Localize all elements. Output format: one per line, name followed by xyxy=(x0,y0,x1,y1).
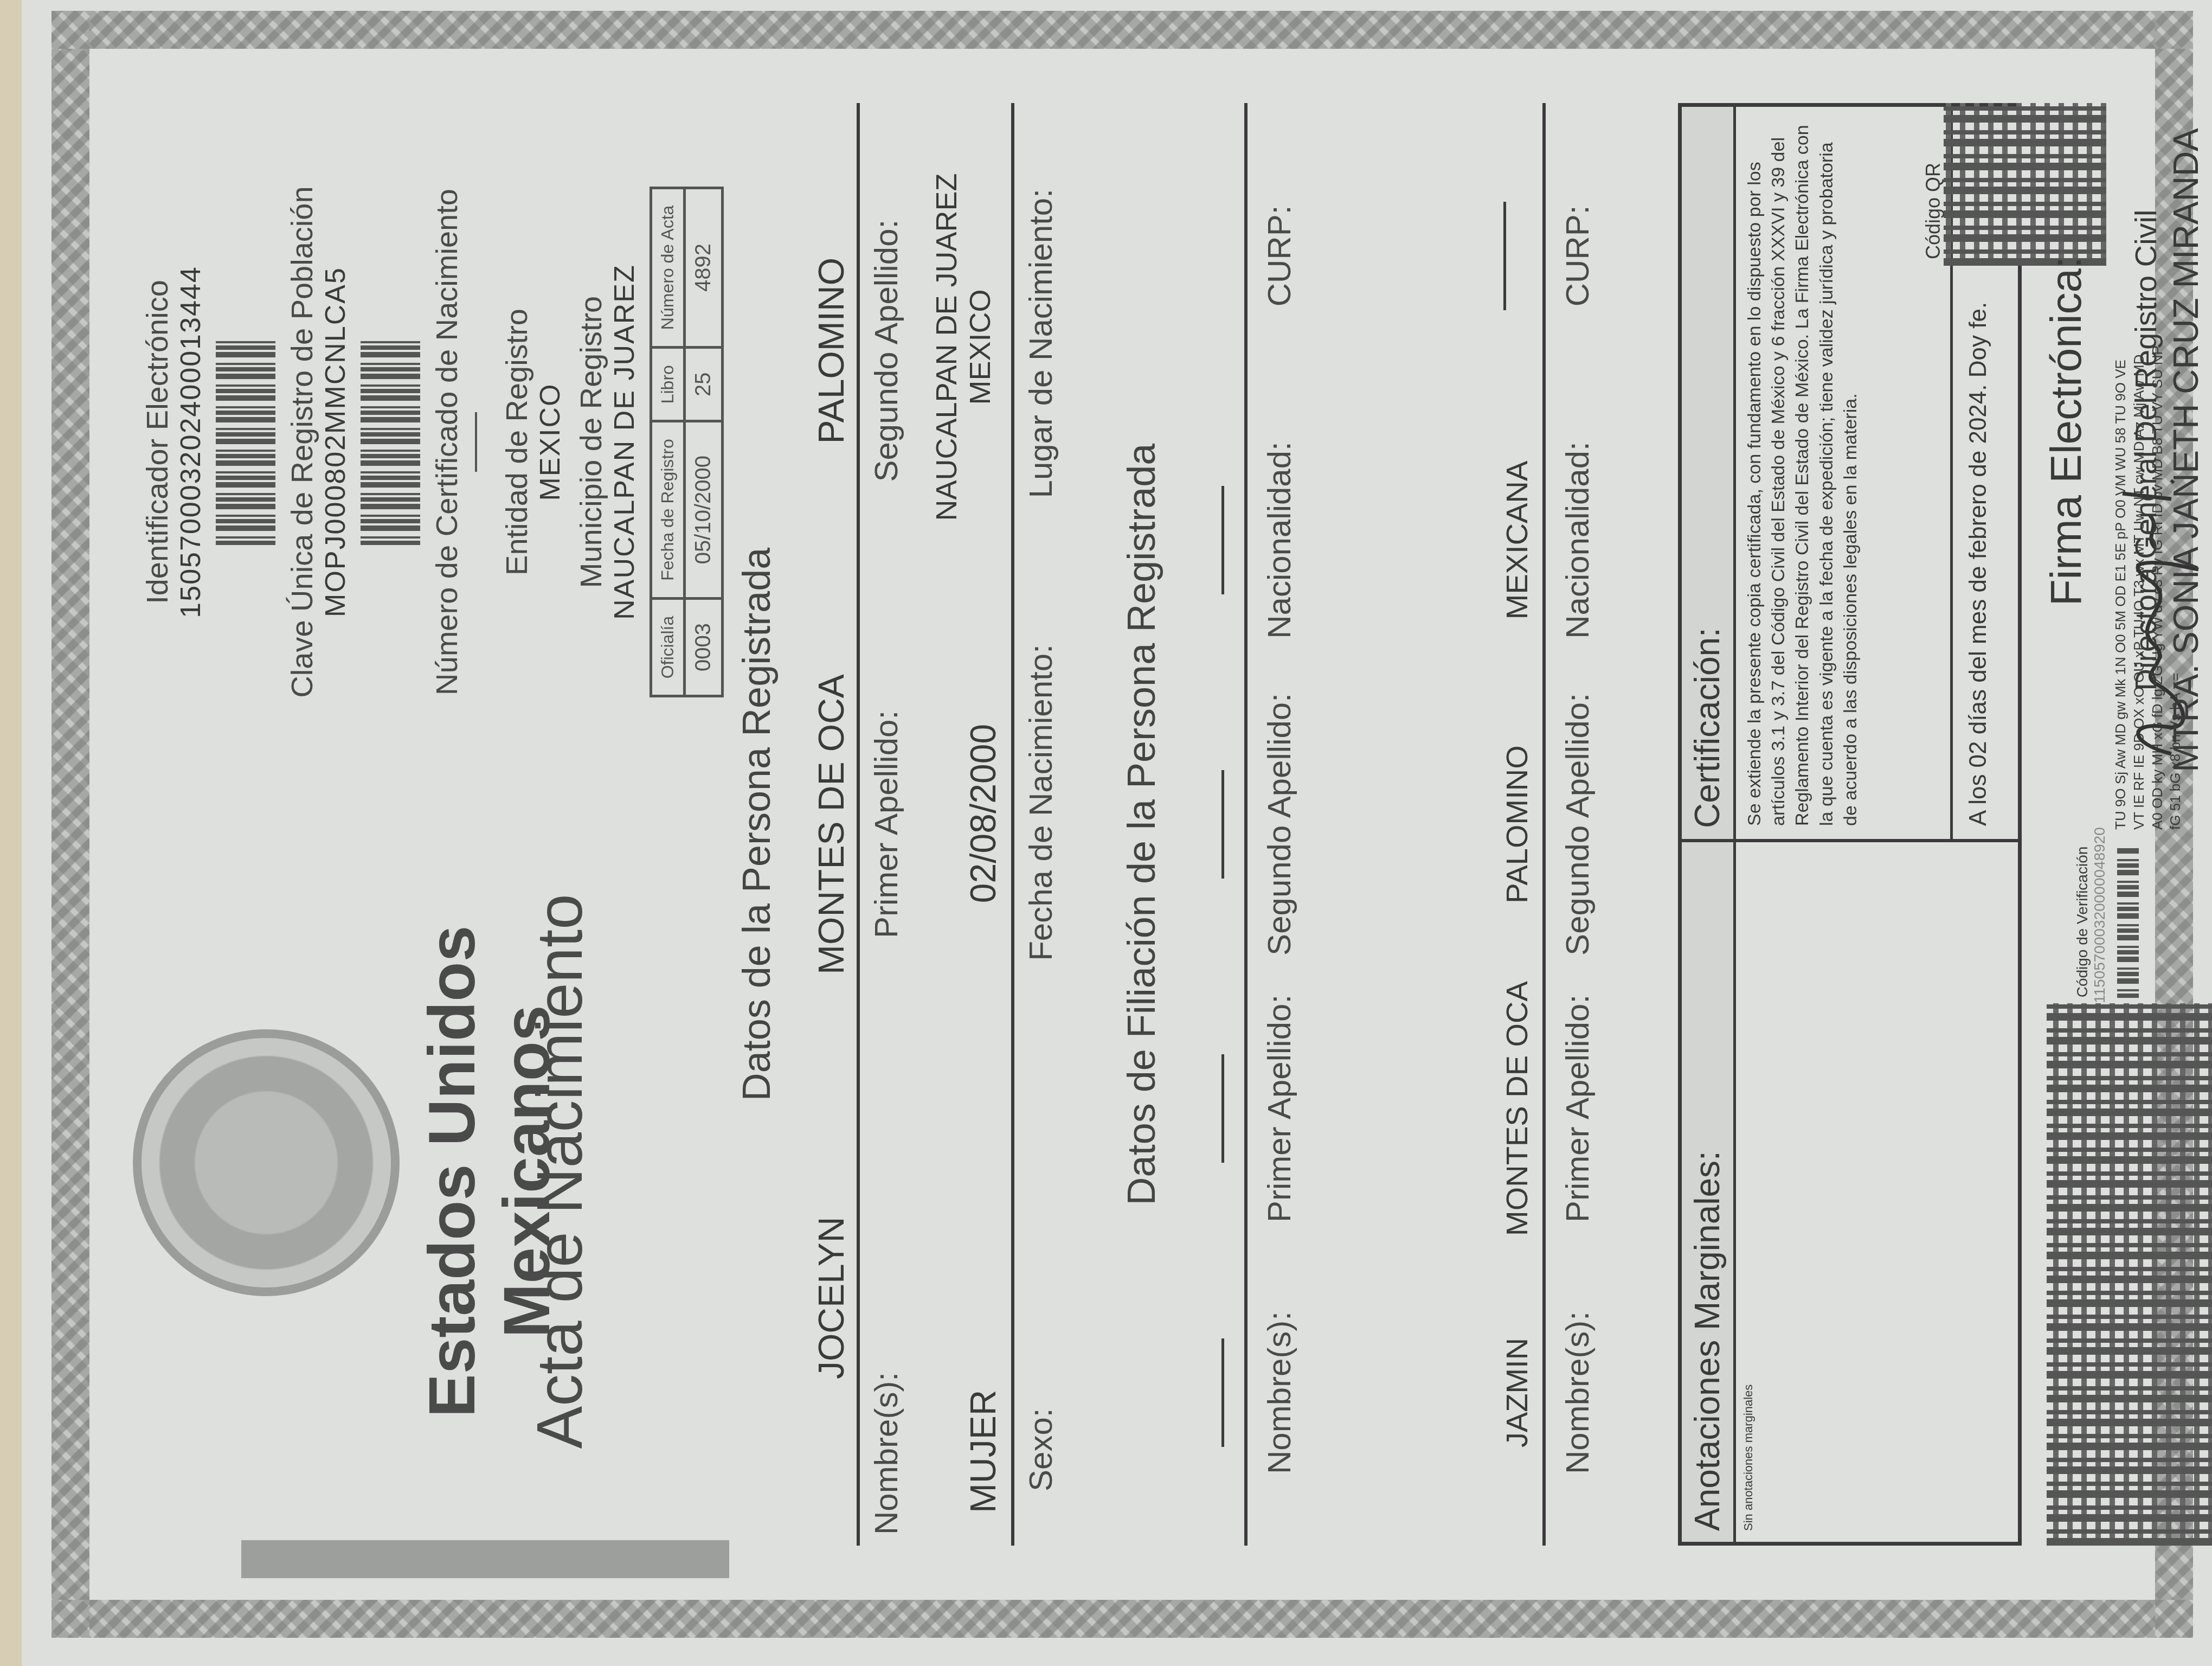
document-photo: Estados Unidos Mexicanos Acta de Nacimie… xyxy=(22,0,2212,1666)
birth-place-municipality: NAUCALPAN DE JUAREZ xyxy=(930,114,963,580)
electronic-signature-title: Firma Electrónica: xyxy=(2041,71,2091,792)
parent-2-curp-blank xyxy=(1503,202,1506,310)
table-cell: 25 xyxy=(685,348,723,421)
barcode-icon xyxy=(2117,846,2139,998)
person-birth-date: 02/08/2000 xyxy=(930,580,1004,1047)
municipality-value: NAUCALPAN DE JUAREZ xyxy=(608,103,641,781)
parent-1-first-surname-blank xyxy=(1221,1054,1224,1163)
sex-label: Sexo: xyxy=(1022,1032,1059,1535)
divider xyxy=(857,103,860,1546)
person-second-surname: PALOMINO xyxy=(811,114,852,587)
table-header: Número de Acta xyxy=(651,188,685,347)
registry-table: Oficialía Fecha de Registro Libro Número… xyxy=(650,187,724,698)
birth-certificate: Estados Unidos Mexicanos Acta de Nacimie… xyxy=(52,11,2193,1638)
entity-value: MEXICO xyxy=(534,103,567,781)
parent-2-second-surname: PALOMINO xyxy=(1499,682,1534,966)
curp-key: MOPJ000802MMCNLCA5 xyxy=(319,103,352,781)
table-header: Libro xyxy=(651,348,685,421)
electronic-id-label: Identificador Electrónico xyxy=(139,103,175,781)
parent-2-nationality-label: Nacionalidad: xyxy=(1559,398,1596,682)
barcode-icon xyxy=(361,339,420,545)
parent-1-labels: Nombre(s): Primer Apellido: Segundo Apel… xyxy=(1261,114,1298,1535)
table-cell: 4892 xyxy=(685,188,723,347)
divider xyxy=(1011,103,1014,1546)
parent-1-nationality-label: Nacionalidad: xyxy=(1261,398,1298,682)
birth-values-row: MUJER 02/08/2000 NAUCALPAN DE JUAREZ MEX… xyxy=(930,114,1004,1535)
marginal-notes: Anotaciones Marginales: Sin anotaciones … xyxy=(1682,839,2018,1542)
certification-text: Se extiende la presente copia certificad… xyxy=(1736,107,1953,839)
curp-key-label: Clave Única de Registro de Población xyxy=(284,103,319,781)
director-role: Directora General Del Registro Civil xyxy=(2128,71,2163,830)
second-surname-label: Segundo Apellido: xyxy=(867,114,905,587)
divider xyxy=(1244,103,1248,1546)
first-surname-label: Primer Apellido: xyxy=(867,587,905,1061)
parent-2-second-surname-label: Segundo Apellido: xyxy=(1559,682,1596,966)
parent-2-values: JAZMIN MONTES DE OCA PALOMINO MEXICANA xyxy=(1499,114,1534,1535)
parent-1-curp-label: CURP: xyxy=(1261,114,1298,398)
verification-label: Código de Verificación xyxy=(2074,841,2091,1003)
data-matrix-code-icon xyxy=(2047,1003,2212,1546)
parent-1-second-surname-blank xyxy=(1221,770,1224,879)
parent-2-nationality: MEXICANA xyxy=(1499,398,1534,682)
section-title-person: Datos de la Persona Registrada xyxy=(735,71,779,1578)
document-title: Acta de Nacimiento xyxy=(523,765,597,1578)
notes-certification-box: Anotaciones Marginales: Sin anotaciones … xyxy=(1678,103,2022,1546)
birth-date-label: Fecha de Nacimiento: xyxy=(1022,573,1059,1033)
table-cell: 05/10/2000 xyxy=(685,421,723,598)
birth-labels-row: Sexo: Fecha de Nacimiento: Lugar de Naci… xyxy=(1022,114,1059,1535)
parent-2-names: JAZMIN xyxy=(1499,1251,1534,1535)
legal-footer: La presente copia certificada del acta e… xyxy=(2209,87,2212,1562)
person-names: JOCELYN xyxy=(811,1061,852,1535)
parent-2-labels: Nombre(s): Primer Apellido: Segundo Apel… xyxy=(1559,114,1596,1535)
electronic-id: 150570003202400013444 xyxy=(175,103,207,781)
parent-2-first-surname-label: Primer Apellido: xyxy=(1559,966,1596,1251)
marginal-notes-title: Anotaciones Marginales: xyxy=(1682,842,1736,1542)
person-sex: MUJER xyxy=(930,1047,1004,1535)
director-name: MTRA. SONIA JANETH CRUZ MIRANDA xyxy=(2166,71,2206,830)
parent-2-first-surname: MONTES DE OCA xyxy=(1499,966,1534,1251)
parent-1-nationality-blank xyxy=(1221,486,1224,594)
identifier-block: Identificador Electrónico 15057000320240… xyxy=(133,103,724,781)
name-labels-row: Nombre(s): Primer Apellido: Segundo Apel… xyxy=(867,114,905,1535)
table-header: Fecha de Registro xyxy=(651,421,685,598)
names-label: Nombre(s): xyxy=(867,1061,905,1535)
parent-1-values xyxy=(1217,114,1227,1535)
verification-code: 115057000320000048920 xyxy=(2091,841,2108,1003)
parent-2-names-label: Nombre(s): xyxy=(1559,1251,1596,1535)
certification-title: Certificación: xyxy=(1682,107,1736,839)
parent-1-second-surname-label: Segundo Apellido: xyxy=(1261,682,1298,966)
parent-1-names-blank xyxy=(1221,1338,1224,1447)
birth-cert-number-blank xyxy=(475,412,477,472)
marginal-notes-text: Sin anotaciones marginales xyxy=(1736,842,1761,1542)
qr-label: Código QR xyxy=(1922,163,1945,259)
name-values-row: JOCELYN MONTES DE OCA PALOMINO xyxy=(811,114,852,1535)
parent-1-first-surname-label: Primer Apellido: xyxy=(1261,966,1298,1251)
birth-place-label: Lugar de Nacimiento: xyxy=(1022,114,1059,573)
table-header: Oficialía xyxy=(651,598,685,696)
birth-place-state: MEXICO xyxy=(963,114,997,580)
divider xyxy=(1542,103,1546,1546)
municipality-label: Municipio de Registro xyxy=(573,103,608,781)
barcode-icon xyxy=(216,339,275,545)
parent-1-names-label: Nombre(s): xyxy=(1261,1251,1298,1535)
birth-cert-number-label: Número de Certificado de Nacimiento xyxy=(429,103,464,781)
verification-block: Código de Verificación 11505700032000004… xyxy=(2074,841,2147,1003)
entity-label: Entidad de Registro xyxy=(499,103,534,781)
person-first-surname: MONTES DE OCA xyxy=(811,587,852,1061)
parent-2-curp-label: CURP: xyxy=(1559,114,1596,398)
national-seal-icon xyxy=(133,1029,400,1296)
section-title-filiation: Datos de Filiación de la Persona Registr… xyxy=(1120,71,1164,1578)
table-cell: 0003 xyxy=(685,598,723,696)
